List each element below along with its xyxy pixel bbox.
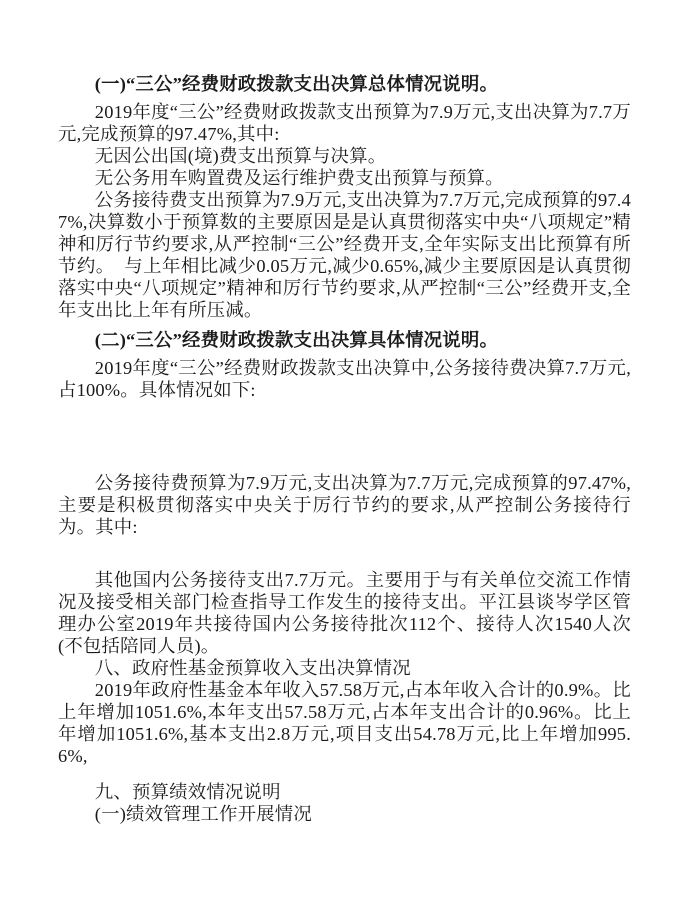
para-no-overseas-trips: 无因公出国(境)费支出预算与决算。 [58,145,631,167]
heading-sangong-specific: (二)“三公”经费财政拨款支出决算具体情况说明。 [58,329,631,351]
section-title-performance: 九、预算绩效情况说明 [58,781,631,803]
para-final-accounts-composition: 2019年度“三公”经费财政拨款支出决算中,公务接待费决算7.7万元,占100%… [58,357,631,401]
para-domestic-reception-detail: 其他国内公务接待支出7.7万元。主要用于与有关单位交流工作情况及接受相关部门检查… [58,569,631,657]
para-reception-expense-overview: 公务接待费支出预算为7.9万元,支出决算为7.7万元,完成预算的97.47%,决… [58,189,631,321]
heading-sangong-overview: (一)“三公”经费财政拨款支出决算总体情况说明。 [58,73,631,95]
document-page: (一)“三公”经费财政拨款支出决算总体情况说明。 2019年度“三公”经费财政拨… [0,0,693,897]
para-performance-management: (一)绩效管理工作开展情况 [58,803,631,825]
para-reception-budget-detail: 公务接待费预算为7.9万元,支出决算为7.7万元,完成预算的97.47%,主要是… [58,472,631,538]
section-title-gov-fund: 八、政府性基金预算收入支出决算情况 [58,657,631,679]
para-sangong-budget-total: 2019年度“三公”经费财政拨款支出预算为7.9万元,支出决算为7.7万元,完成… [58,101,631,145]
para-no-official-vehicles: 无公务用车购置费及运行维护费支出预算与预算。 [58,167,631,189]
para-gov-fund-detail: 2019年政府性基金本年收入57.58万元,占本年收入合计的0.9%。比上年增加… [58,679,631,767]
